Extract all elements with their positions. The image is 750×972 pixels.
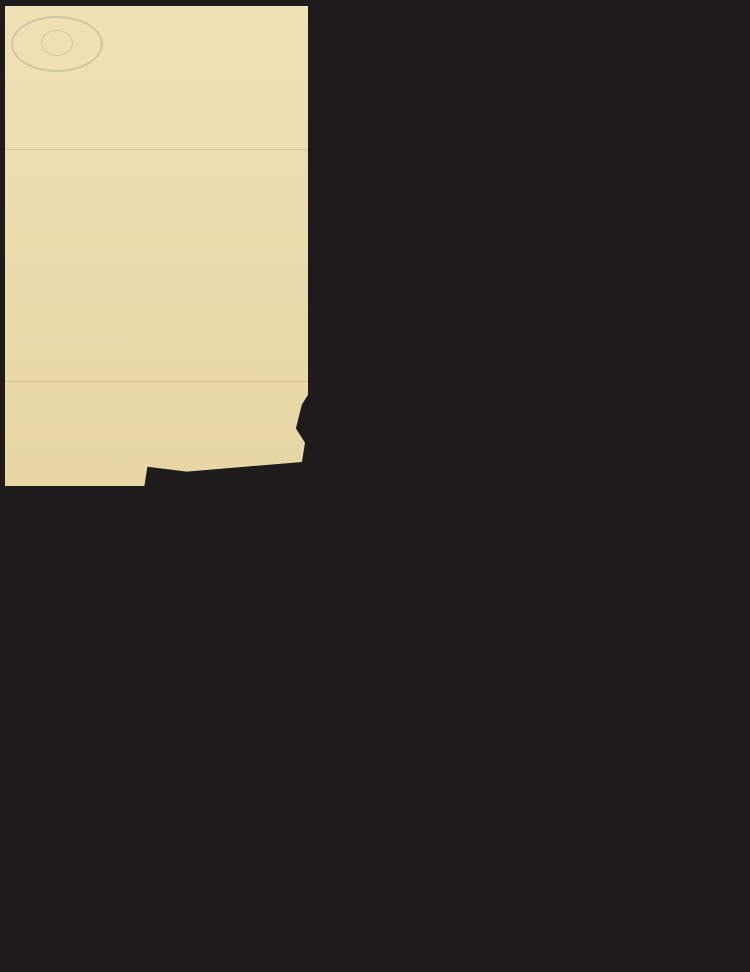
fold-line — [5, 149, 308, 150]
letter-cordoba-julio — [5, 6, 308, 486]
fold-line — [5, 381, 308, 382]
oval-seal-icon — [11, 16, 103, 72]
